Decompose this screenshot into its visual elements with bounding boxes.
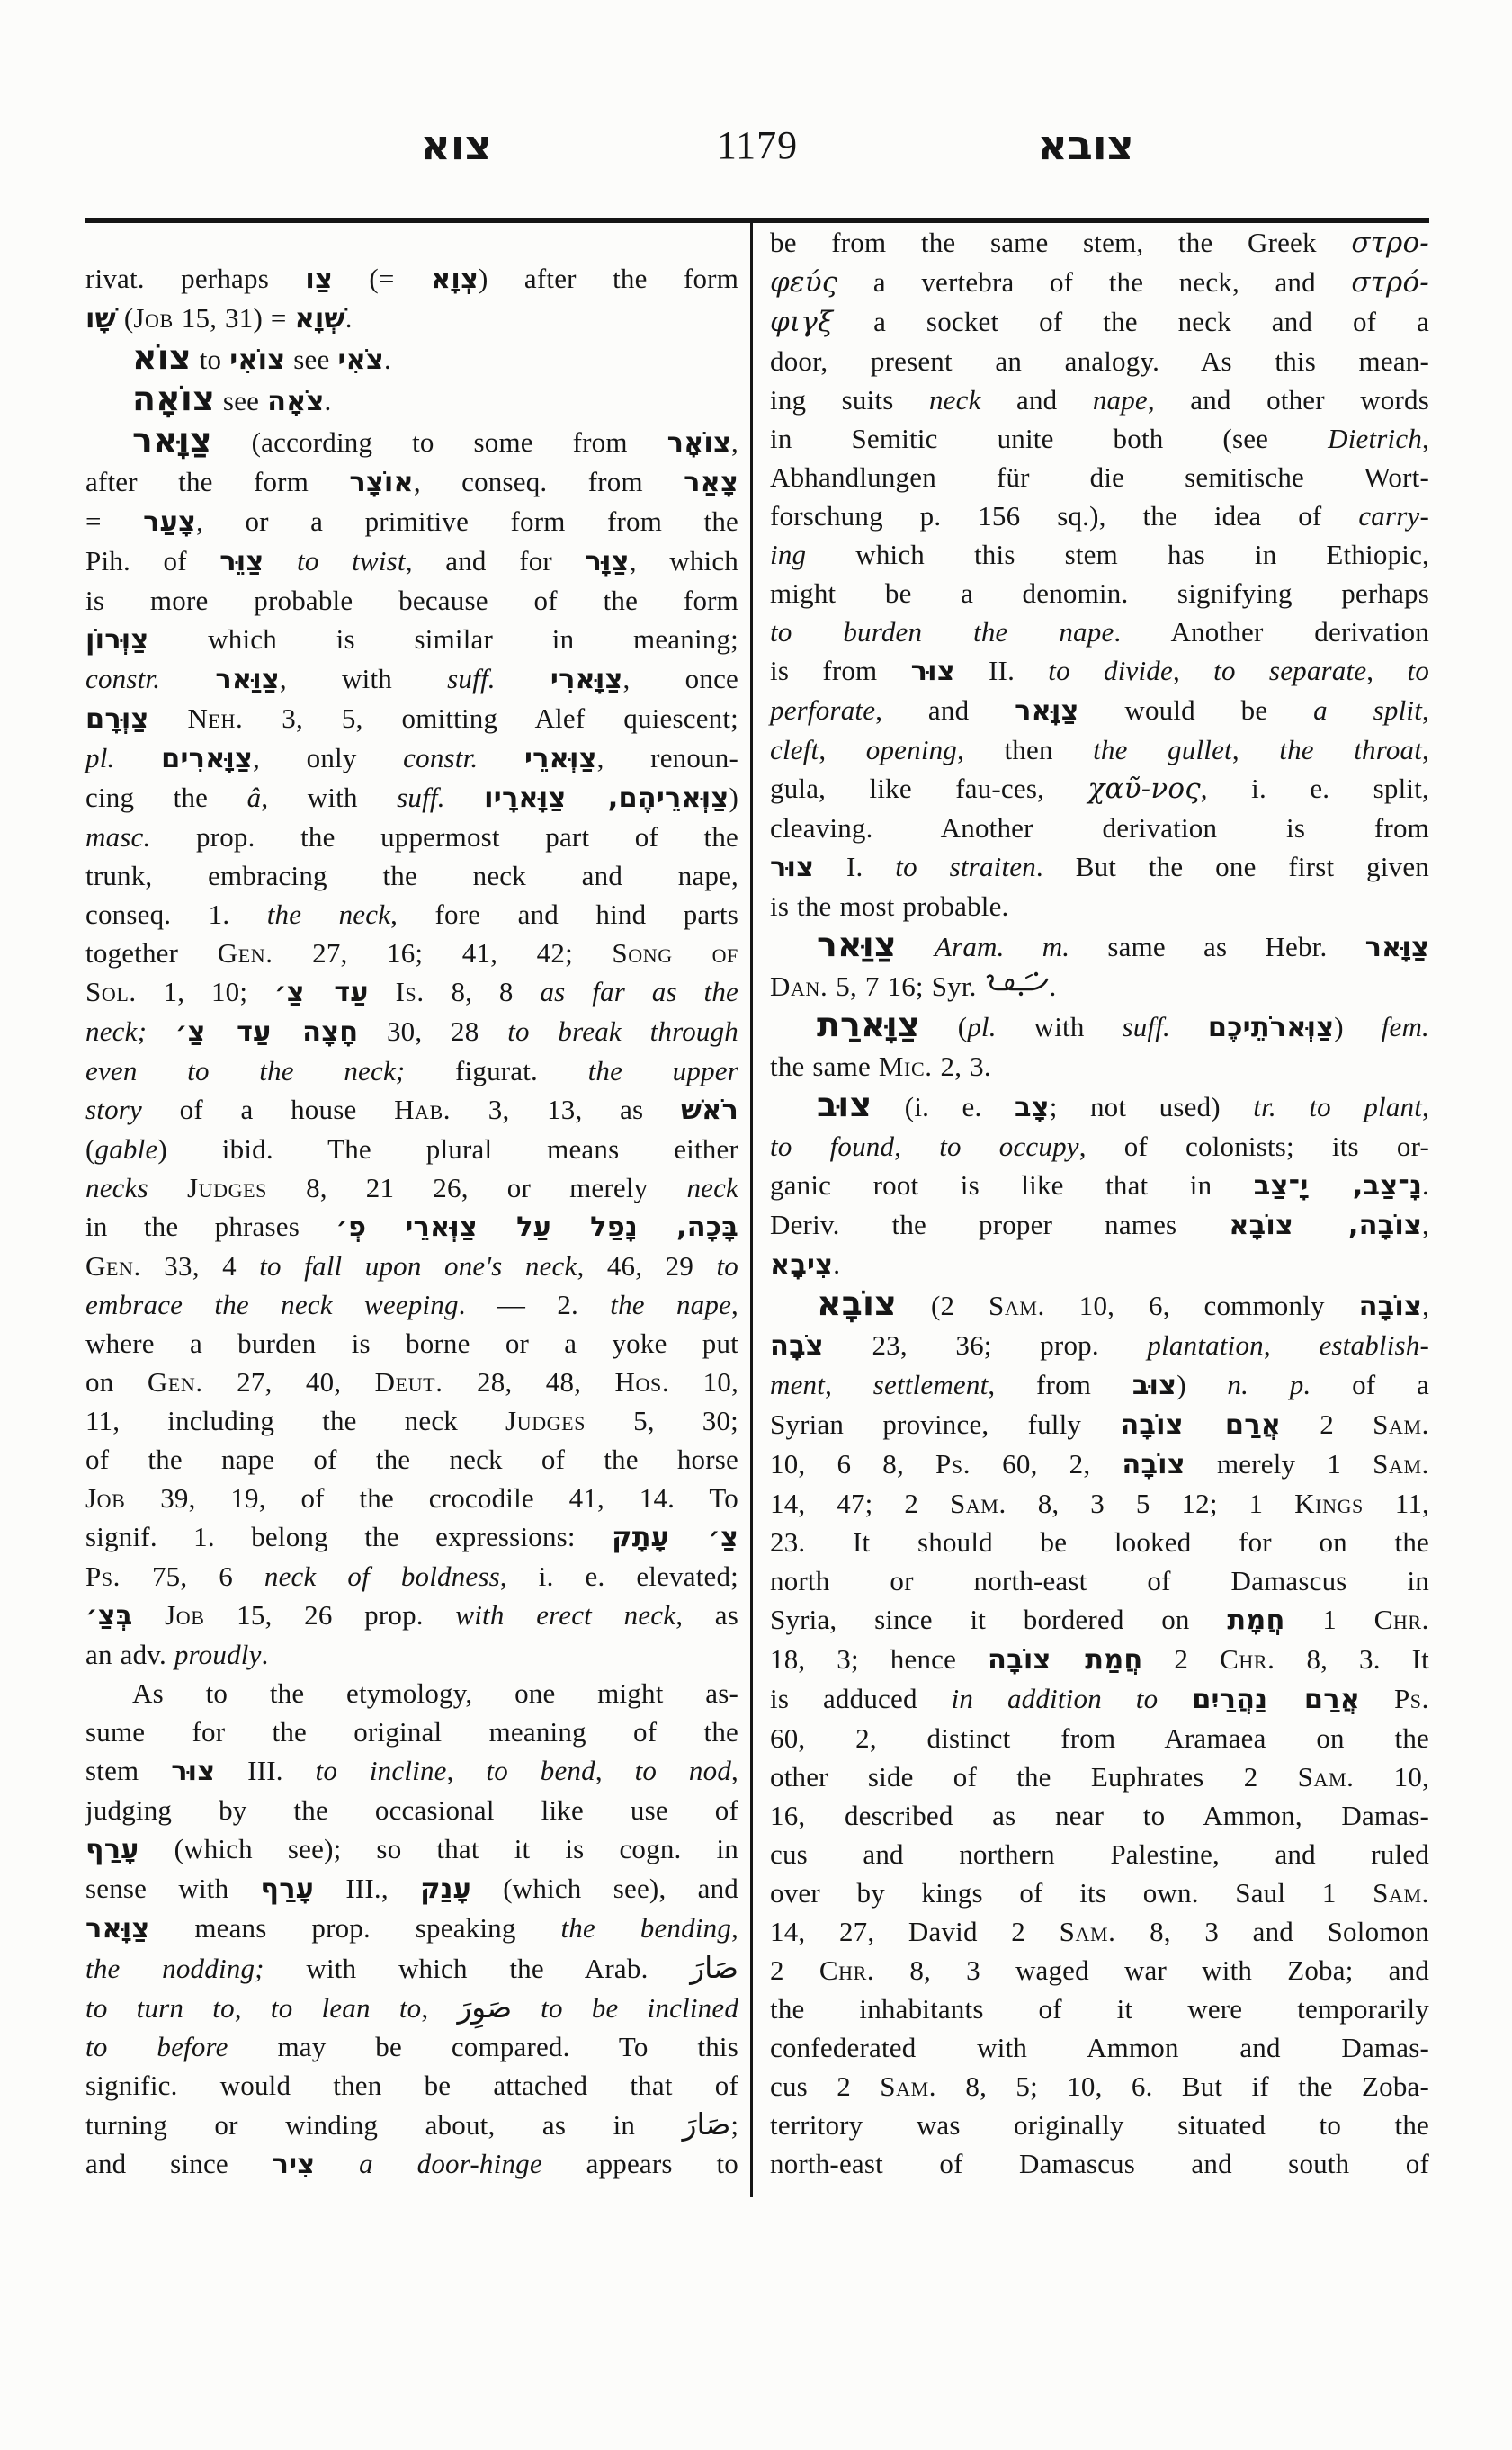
text-line: confederated with Ammon and Damas- xyxy=(770,2028,1429,2067)
two-column-text: rivat. perhaps צַו (= צְוָא) after the f… xyxy=(85,223,1429,2197)
text-line: is more probable because of the form xyxy=(85,581,738,620)
text-line: cus 2 Sam. 8, 5; 10, 6. But if the Zoba- xyxy=(770,2067,1429,2106)
column-divider xyxy=(750,223,753,2197)
text-line: the inhabitants of it were temporarily xyxy=(770,1990,1429,2028)
text-line: sense with עָרַף III., עָנַק (which see)… xyxy=(85,1869,738,1909)
text-line: gula, like fau-ces, χαῦ-νος, i. e. split… xyxy=(770,769,1429,809)
page-number: 1179 xyxy=(717,126,798,165)
text-line: necks Judges 8, 21 26, or merely neck xyxy=(85,1168,738,1207)
text-line: to burden the nape. Another derivation xyxy=(770,612,1429,651)
syriac-word xyxy=(985,970,1050,1003)
text-line: 14, 47; 2 Sam. 8, 3 5 12; 1 Kings 11, xyxy=(770,1484,1429,1523)
text-line: Dan. 5, 7 16; Syr. . xyxy=(770,967,1429,1006)
text-line: 11, including the neck Judges 5, 30; xyxy=(85,1401,738,1440)
text-line: is from צוּר II. to divide, to separate,… xyxy=(770,651,1429,691)
text-line: φεύς a vertebra of the neck, and στρό- xyxy=(770,263,1429,302)
text-line: be from the same stem, the Greek στρο- xyxy=(770,223,1429,263)
text-line: sume for the original meaning of the xyxy=(85,1712,738,1751)
text-line: north-east of Damascus and south of xyxy=(770,2144,1429,2183)
text-line: and since צִיר a door-hinge appears to xyxy=(85,2144,738,2184)
text-line: Abhandlungen für die semitische Wort- xyxy=(770,458,1429,496)
text-line: φιγξ a socket of the neck and of a xyxy=(770,302,1429,342)
text-line: to turn to, to lean to, صَوِرَ to be inc… xyxy=(85,1988,738,2027)
text-line: on Gen. 27, 40, Deut. 28, 48, Hos. 10, xyxy=(85,1363,738,1401)
page-header: צוא 1179 צובא xyxy=(85,117,1429,218)
text-line: Sol. 1, 10; עַד צַ׳ Is. 8, 8 as far as t… xyxy=(85,972,738,1012)
text-line: forschung p. 156 sq.), the idea of carry… xyxy=(770,496,1429,535)
text-line: צַוָּארַת (pl. with suff. צַוְּארֹתֵיכֶם… xyxy=(770,1006,1429,1047)
text-line: = צָעַר, or a primitive form from the xyxy=(85,502,738,541)
text-line: בְּצַ׳ Job 15, 26 prop. with erect neck,… xyxy=(85,1596,738,1635)
text-line: in the phrases בָּכָה, נָפַל עַל צַוְּאר… xyxy=(85,1207,738,1247)
text-line: an adv. proudly. xyxy=(85,1635,738,1674)
text-line: 2 Chr. 8, 3 waged war with Zoba; and xyxy=(770,1951,1429,1990)
text-line: trunk, embracing the neck and nape, xyxy=(85,856,738,895)
text-line: צוֹבָא (2 Sam. 10, 6, commonly צוֹבָה, xyxy=(770,1284,1429,1326)
text-line: perforate, and צַוָּאר would be a split, xyxy=(770,691,1429,730)
header-keyword-left: צוא xyxy=(420,124,491,165)
text-line: pl. צַוָּארִים, only constr. צַוְּארֵי, … xyxy=(85,738,738,778)
text-line: north or north-east of Damascus in xyxy=(770,1561,1429,1600)
text-line: turning or winding about, as in صَارَ; xyxy=(85,2105,738,2144)
text-line: rivat. perhaps צַו (= צְוָא) after the f… xyxy=(85,259,738,299)
right-column: be from the same stem, the Greek στρο-φε… xyxy=(770,223,1429,2183)
text-line: signif. 1. belong the expressions: צַ׳ ע… xyxy=(85,1517,738,1557)
text-line: is the most probable. xyxy=(770,887,1429,925)
text-line: cleft, opening, then the gullet, the thr… xyxy=(770,730,1429,769)
text-line: צַוַּאר Aram. m. same as Hebr. צַוָּאר xyxy=(770,925,1429,967)
text-line: צַוָּאר (according to some from צוֹאָר, xyxy=(85,421,738,462)
text-line: Gen. 33, 4 to fall upon one's neck, 46, … xyxy=(85,1247,738,1285)
left-column: rivat. perhaps צַו (= צְוָא) after the f… xyxy=(85,223,738,2184)
text-line: 18, 3; hence חֲמַת צוֹבָה 2 Chr. 8, 3. I… xyxy=(770,1640,1429,1679)
text-line: where a burden is borne or a yoke put xyxy=(85,1324,738,1363)
text-line: ing which this stem has in Ethiopic, xyxy=(770,535,1429,574)
text-line: Pih. of צַוֵּר to twist, and for צַוָּר,… xyxy=(85,541,738,581)
text-line: might be a denomin. signifying perhaps xyxy=(770,574,1429,612)
text-line: צַוְּרָם Neh. 3, 5, omitting Alef quiesc… xyxy=(85,699,738,738)
text-line: cleaving. Another derivation is from xyxy=(770,809,1429,847)
text-line: As to the etymology, one might as- xyxy=(85,1674,738,1712)
text-line: territory was originally situated to the xyxy=(770,2106,1429,2144)
text-line: צוֹא to צוֹאִי see צֹאִי. xyxy=(85,338,738,380)
text-line: ganic root is like that in נָ־צַב, יָ־צַ… xyxy=(770,1166,1429,1205)
text-line: judging by the occasional like use of xyxy=(85,1791,738,1829)
text-line: signific. would then be attached that of xyxy=(85,2066,738,2105)
text-line: is adduced in addition to אֲרַם נַהֲרַיִ… xyxy=(770,1679,1429,1719)
text-line: constr. צַוַּאר, with suff. צַוָּארִי, o… xyxy=(85,659,738,699)
text-line: Job 39, 19, of the crocodile 41, 14. To xyxy=(85,1479,738,1517)
text-line: stem צוּר III. to incline, to bend, to n… xyxy=(85,1751,738,1791)
text-line: to before may be compared. To this xyxy=(85,2027,738,2066)
text-line: צֹבָה 23, 36; prop. plantation, establis… xyxy=(770,1326,1429,1365)
text-line: Syrian province, fully אֲרַם צוֹבָה 2 Sa… xyxy=(770,1405,1429,1444)
text-line: Ps. 75, 6 neck of boldness, i. e. elevat… xyxy=(85,1557,738,1596)
text-line: 60, 2, distinct from Aramaea on the xyxy=(770,1719,1429,1757)
text-line: door, present an analogy. As this mean- xyxy=(770,342,1429,380)
text-line: 16, described as near to Ammon, Damas- xyxy=(770,1796,1429,1835)
text-line: ment, settlement, from צוּב) n. p. of a xyxy=(770,1365,1429,1405)
text-line: of the nape of the neck of the horse xyxy=(85,1440,738,1479)
text-line: the same Mic. 2, 3. xyxy=(770,1047,1429,1086)
text-line: after the form אוֹצָר, conseq. from צָאַ… xyxy=(85,462,738,502)
text-line: צוֹאָה see צֹאָה. xyxy=(85,380,738,421)
text-line: 23. It should be looked for on the xyxy=(770,1523,1429,1561)
text-line: cus and northern Palestine, and ruled xyxy=(770,1835,1429,1873)
text-line: in Semitic unite both (see Dietrich, xyxy=(770,419,1429,458)
text-line: to found, to occupy, of colonists; its o… xyxy=(770,1127,1429,1166)
text-line: conseq. 1. the neck, fore and hind parts xyxy=(85,895,738,934)
header-keyword-right: צובא xyxy=(1037,124,1133,165)
text-line: story of a house Hab. 3, 13, as רֹאשׁ xyxy=(85,1090,738,1130)
text-line: (gable) ibid. The plural means either xyxy=(85,1130,738,1168)
text-line: עָרַף (which see); so that it is cogn. i… xyxy=(85,1829,738,1869)
text-line: ing suits neck and nape, and other words xyxy=(770,380,1429,419)
text-line: צוּב (i. e. צָב; not used) tr. to plant, xyxy=(770,1086,1429,1127)
text-block: צוא 1179 צובא rivat. perhaps צַו (= צְוָ… xyxy=(85,117,1429,2197)
text-line: Syria, since it bordered on חֲמָת 1 Chr. xyxy=(770,1600,1429,1640)
text-line: embrace the neck weeping. — 2. the nape, xyxy=(85,1285,738,1324)
text-line: צוּר I. to straiten. But the one first g… xyxy=(770,847,1429,887)
text-line: cing the â, with suff. צַוְּארֵיהֶם, צַו… xyxy=(85,778,738,818)
text-line: even to the neck; figurat. the upper xyxy=(85,1051,738,1090)
text-line: Deriv. the proper names צוֹבָה, צוֹבָא, xyxy=(770,1205,1429,1245)
text-line: masc. prop. the uppermost part of the xyxy=(85,818,738,856)
text-line: over by kings of its own. Saul 1 Sam. xyxy=(770,1873,1429,1912)
text-line: שָׁו (Job 15, 31) = שְׁוָא. xyxy=(85,299,738,338)
text-line: 14, 27, David 2 Sam. 8, 3 and Solomon xyxy=(770,1912,1429,1951)
text-line: צַוְּרוֹן which is similar in meaning; xyxy=(85,620,738,659)
text-line: 10, 6 8, Ps. 60, 2, צוֹבָה merely 1 Sam. xyxy=(770,1444,1429,1484)
text-line: צִיבָא. xyxy=(770,1245,1429,1284)
dictionary-page: צוא 1179 צובא rivat. perhaps צַו (= צְוָ… xyxy=(0,0,1512,2450)
text-line: other side of the Euphrates 2 Sam. 10, xyxy=(770,1757,1429,1796)
text-line: צַוָּאר means prop. speaking the bending… xyxy=(85,1909,738,1948)
text-line: neck; חָצָה עַד צַ׳ 30, 28 to break thro… xyxy=(85,1012,738,1051)
text-line: together Gen. 27, 16; 41, 42; Song of xyxy=(85,934,738,972)
text-line: the nodding; with which the Arab. صَارَ xyxy=(85,1948,738,1988)
